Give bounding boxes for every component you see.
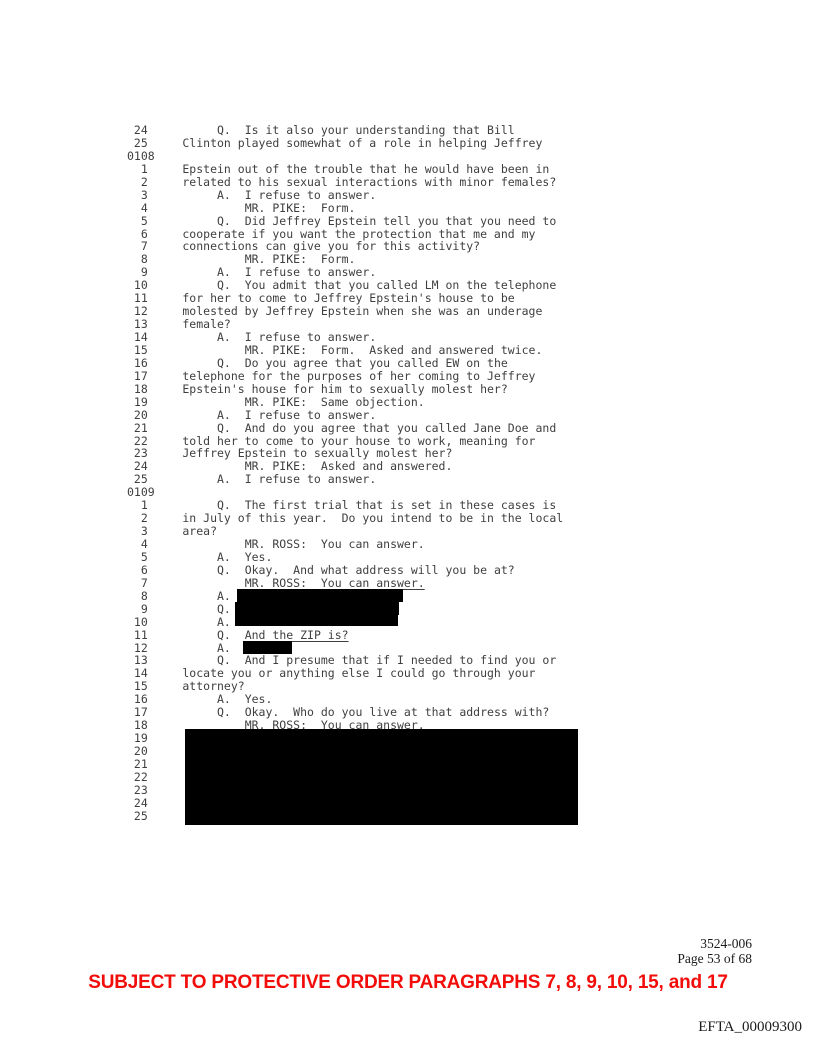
line-number: 24	[127, 797, 148, 810]
transcript-line: 3A. I refuse to answer.	[127, 189, 597, 202]
redaction-box	[235, 615, 398, 626]
line-text: A. I refuse to answer.	[217, 265, 376, 279]
line-text: Q. Do you agree that you called EW on th…	[217, 356, 508, 370]
redaction-box	[237, 589, 403, 602]
line-text: attorney?	[182, 679, 244, 693]
line-number: 16	[127, 357, 148, 370]
line-text: MR. ROSS: You can answer.	[245, 576, 425, 590]
line-number: 11	[127, 629, 148, 642]
bates-number: 3524-006	[677, 937, 752, 952]
line-text: for her to come to Jeffrey Epstein's hou…	[182, 291, 514, 305]
transcript-line: 1Epstein out of the trouble that he woul…	[127, 163, 597, 176]
redaction-box	[185, 729, 578, 825]
line-text: A.	[217, 641, 231, 655]
line-text: MR. PIKE: Form.	[245, 252, 356, 266]
line-number: 3	[127, 189, 148, 202]
line-number: 1	[127, 163, 148, 176]
line-text: told her to come to your house to work, …	[182, 434, 535, 448]
transcript-line: 17telephone for the purposes of her comi…	[127, 370, 597, 383]
line-number: 25	[127, 137, 148, 150]
transcript-line: 18Epstein's house for him to sexually mo…	[127, 383, 597, 396]
line-text: A. I refuse to answer.	[217, 330, 376, 344]
protective-order-stamp: SUBJECT TO PROTECTIVE ORDER PARAGRAPHS 7…	[0, 972, 816, 994]
bates-block: 3524-006 Page 53 of 68	[677, 937, 752, 966]
line-text: Q.	[217, 602, 231, 616]
line-number: 23	[127, 784, 148, 797]
page-count-label: Page 53 of 68	[677, 952, 752, 967]
line-number: 21	[127, 422, 148, 435]
line-number: 5	[127, 551, 148, 564]
line-text: in July of this year. Do you intend to b…	[182, 511, 563, 525]
line-text: Q. And do you agree that you called Jane…	[217, 421, 556, 435]
transcript-line: 4MR. PIKE: Form.	[127, 202, 597, 215]
line-text: cooperate if you want the protection tha…	[182, 227, 535, 241]
line-number: 9	[127, 603, 148, 616]
line-text: female?	[182, 317, 230, 331]
transcript: 24Q. Is it also your understanding that …	[127, 124, 597, 823]
line-number: 15	[127, 344, 148, 357]
line-text: A. Yes.	[217, 550, 272, 564]
line-text: telephone for the purposes of her coming…	[182, 369, 535, 383]
transcript-line: 24Q. Is it also your understanding that …	[127, 124, 597, 137]
line-number: 7	[127, 577, 148, 590]
underlined-text: And the ZIP is?	[245, 628, 349, 642]
line-text: Q. The first trial that is set in these …	[217, 498, 556, 512]
line-number: 20	[127, 409, 148, 422]
transcript-line: 4MR. ROSS: You can answer.	[127, 538, 597, 551]
line-text: A. I refuse to answer.	[217, 472, 376, 486]
transcript-line: 15MR. PIKE: Form. Asked and answered twi…	[127, 344, 597, 357]
line-text: area?	[182, 524, 217, 538]
line-number: 6	[127, 564, 148, 577]
line-number: 20	[127, 745, 148, 758]
line-text: A. I refuse to answer.	[217, 408, 376, 422]
line-number: 5	[127, 215, 148, 228]
line-number: 22	[127, 771, 148, 784]
line-text: Q. And I presume that if I needed to fin…	[217, 653, 556, 667]
line-text: related to his sexual interactions with …	[182, 175, 556, 189]
line-text: Q. Okay. And what address will you be at…	[217, 563, 515, 577]
line-text: connections can give you for this activi…	[182, 239, 480, 253]
underlined-text: MR. ROSS: You can answer.	[245, 576, 425, 590]
redaction-box	[235, 602, 399, 615]
transcript-line: 25A. I refuse to answer.	[127, 473, 597, 486]
line-number: 18	[127, 383, 148, 396]
line-text: A.	[217, 615, 231, 629]
transcript-line: 16Q. Do you agree that you called EW on …	[127, 357, 597, 370]
line-number: 24	[127, 124, 148, 137]
line-number: 25	[127, 810, 148, 823]
transcript-line: 20A. I refuse to answer.	[127, 409, 597, 422]
line-text: Clinton played somewhat of a role in hel…	[182, 136, 542, 150]
line-number: 14	[127, 331, 148, 344]
line-text: Q. Did Jeffrey Epstein tell you that you…	[217, 214, 556, 228]
line-text: MR. PIKE: Form.	[245, 201, 356, 215]
line-text: molested by Jeffrey Epstein when she was…	[182, 304, 542, 318]
line-text: MR. PIKE: Form. Asked and answered twice…	[245, 343, 543, 357]
transcript-line: 15attorney?	[127, 680, 597, 693]
line-text: Epstein's house for him to sexually mole…	[182, 382, 507, 396]
transcript-line: 11Q. And the ZIP is?	[127, 629, 597, 642]
line-text: MR. ROSS: You can answer.	[245, 537, 425, 551]
line-text: Epstein out of the trouble that he would…	[182, 162, 549, 176]
line-number: 2	[127, 176, 148, 189]
line-text: A. I refuse to answer.	[217, 188, 376, 202]
page-number: 0108	[127, 150, 148, 163]
transcript-line: 21Q. And do you agree that you called Ja…	[127, 422, 597, 435]
transcript-line: 14A. I refuse to answer.	[127, 331, 597, 344]
line-number: 4	[127, 202, 148, 215]
line-text: Q. You admit that you called LM on the t…	[217, 278, 556, 292]
transcript-line: 7connections can give you for this activ…	[127, 240, 597, 253]
line-number: 19	[127, 396, 148, 409]
line-number: 8	[127, 590, 148, 603]
transcript-line: 5A. Yes.	[127, 551, 597, 564]
deposition-transcript-page: 24Q. Is it also your understanding that …	[0, 0, 816, 1056]
transcript-line: 0108	[127, 150, 597, 163]
redaction-box	[243, 641, 292, 654]
line-number: 4	[127, 538, 148, 551]
line-text: A.	[217, 589, 231, 603]
transcript-line: 25Clinton played somewhat of a role in h…	[127, 137, 597, 150]
line-number: 21	[127, 758, 148, 771]
line-text: MR. PIKE: Asked and answered.	[245, 459, 453, 473]
transcript-line: 7MR. ROSS: You can answer.	[127, 577, 597, 590]
line-text: locate you or anything else I could go t…	[182, 666, 535, 680]
line-number: 10	[127, 616, 148, 629]
line-text: Q. Okay. Who do you live at that address…	[217, 705, 549, 719]
line-text: Q. And the ZIP is?	[217, 628, 349, 642]
document-id-label: EFTA_00009300	[698, 1019, 802, 1036]
line-text: A. Yes.	[217, 692, 272, 706]
transcript-line: 19MR. PIKE: Same objection.	[127, 396, 597, 409]
line-number: 17	[127, 370, 148, 383]
line-text: Jeffrey Epstein to sexually molest her?	[182, 446, 452, 460]
transcript-line: 5Q. Did Jeffrey Epstein tell you that yo…	[127, 215, 597, 228]
line-text: Q. Is it also your understanding that Bi…	[217, 123, 515, 137]
transcript-line: 2related to his sexual interactions with…	[127, 176, 597, 189]
line-text: MR. PIKE: Same objection.	[245, 395, 425, 409]
